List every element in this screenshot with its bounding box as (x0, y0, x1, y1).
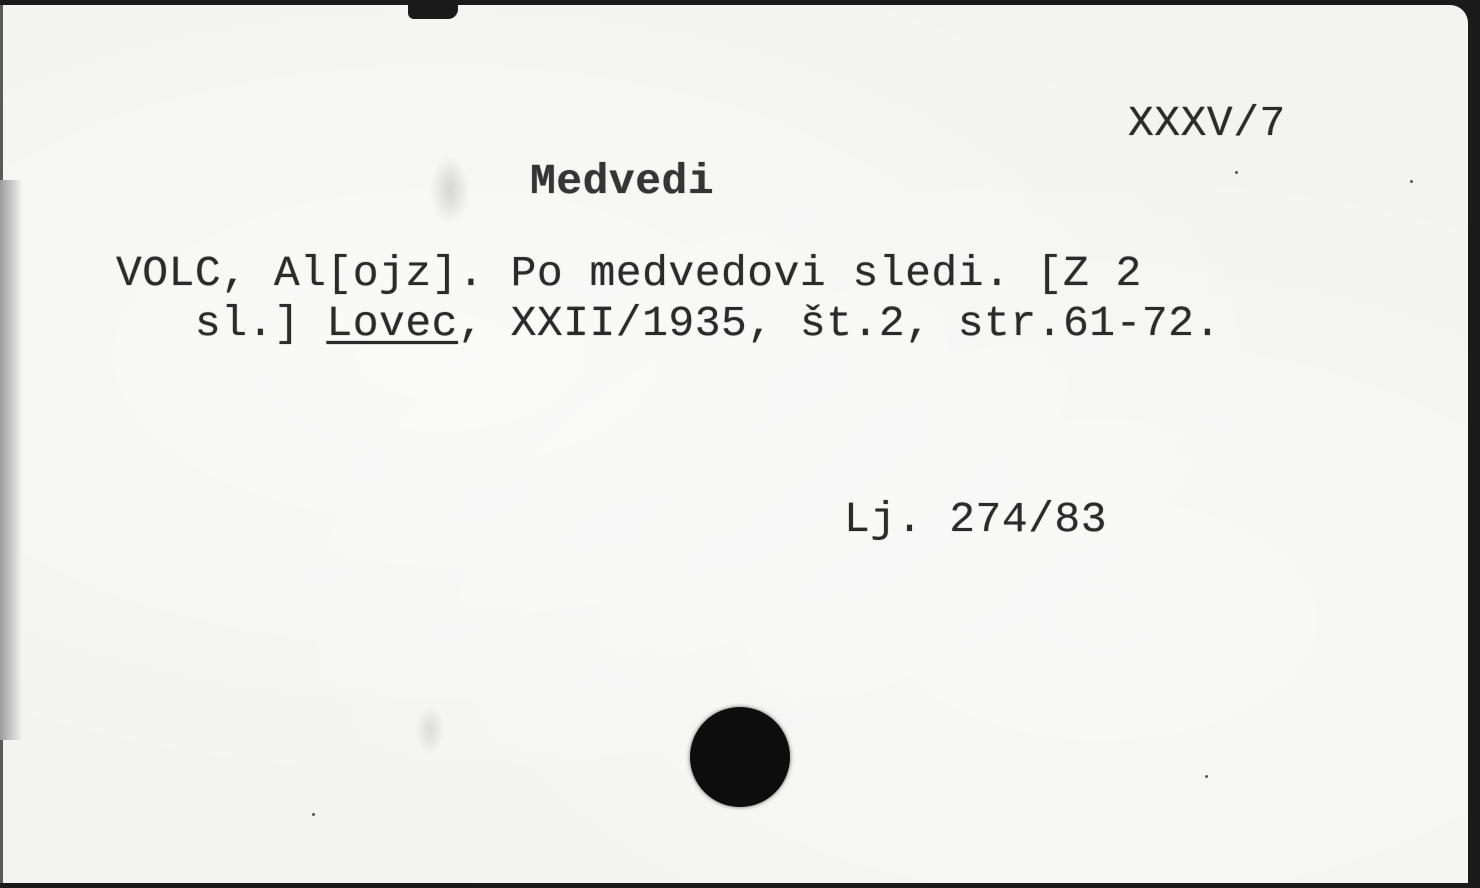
bibliographic-entry-line-2: sl.] Lovec, XXII/1935, št.2, str.61-72. (116, 299, 1221, 348)
punch-hole (690, 707, 790, 807)
call-number: XXXV/7 (1128, 99, 1286, 148)
card-top-notch (408, 5, 458, 19)
card-left-shadow (0, 180, 22, 740)
paper-speck (312, 813, 315, 816)
subject-heading: Medvedi (530, 157, 714, 206)
accession-number: Lj. 274/83 (844, 495, 1107, 544)
bibliographic-entry-line-1: VOLC, Al[ojz]. Po medvedovi sledi. [Z 2 (116, 249, 1142, 298)
illustrations-note-close: sl.] (116, 299, 326, 348)
paper-speck (1205, 775, 1208, 778)
catalog-card: XXXV/7 Medvedi VOLC, Al[ojz]. Po medvedo… (0, 5, 1468, 883)
journal-title: Lovec (326, 299, 458, 348)
journal-citation-details: , XXII/1935, št.2, str.61-72. (458, 299, 1221, 348)
ink-smudge (415, 705, 445, 755)
paper-speck (1235, 171, 1238, 174)
ink-smudge (430, 155, 470, 225)
paper-speck (1410, 180, 1413, 183)
